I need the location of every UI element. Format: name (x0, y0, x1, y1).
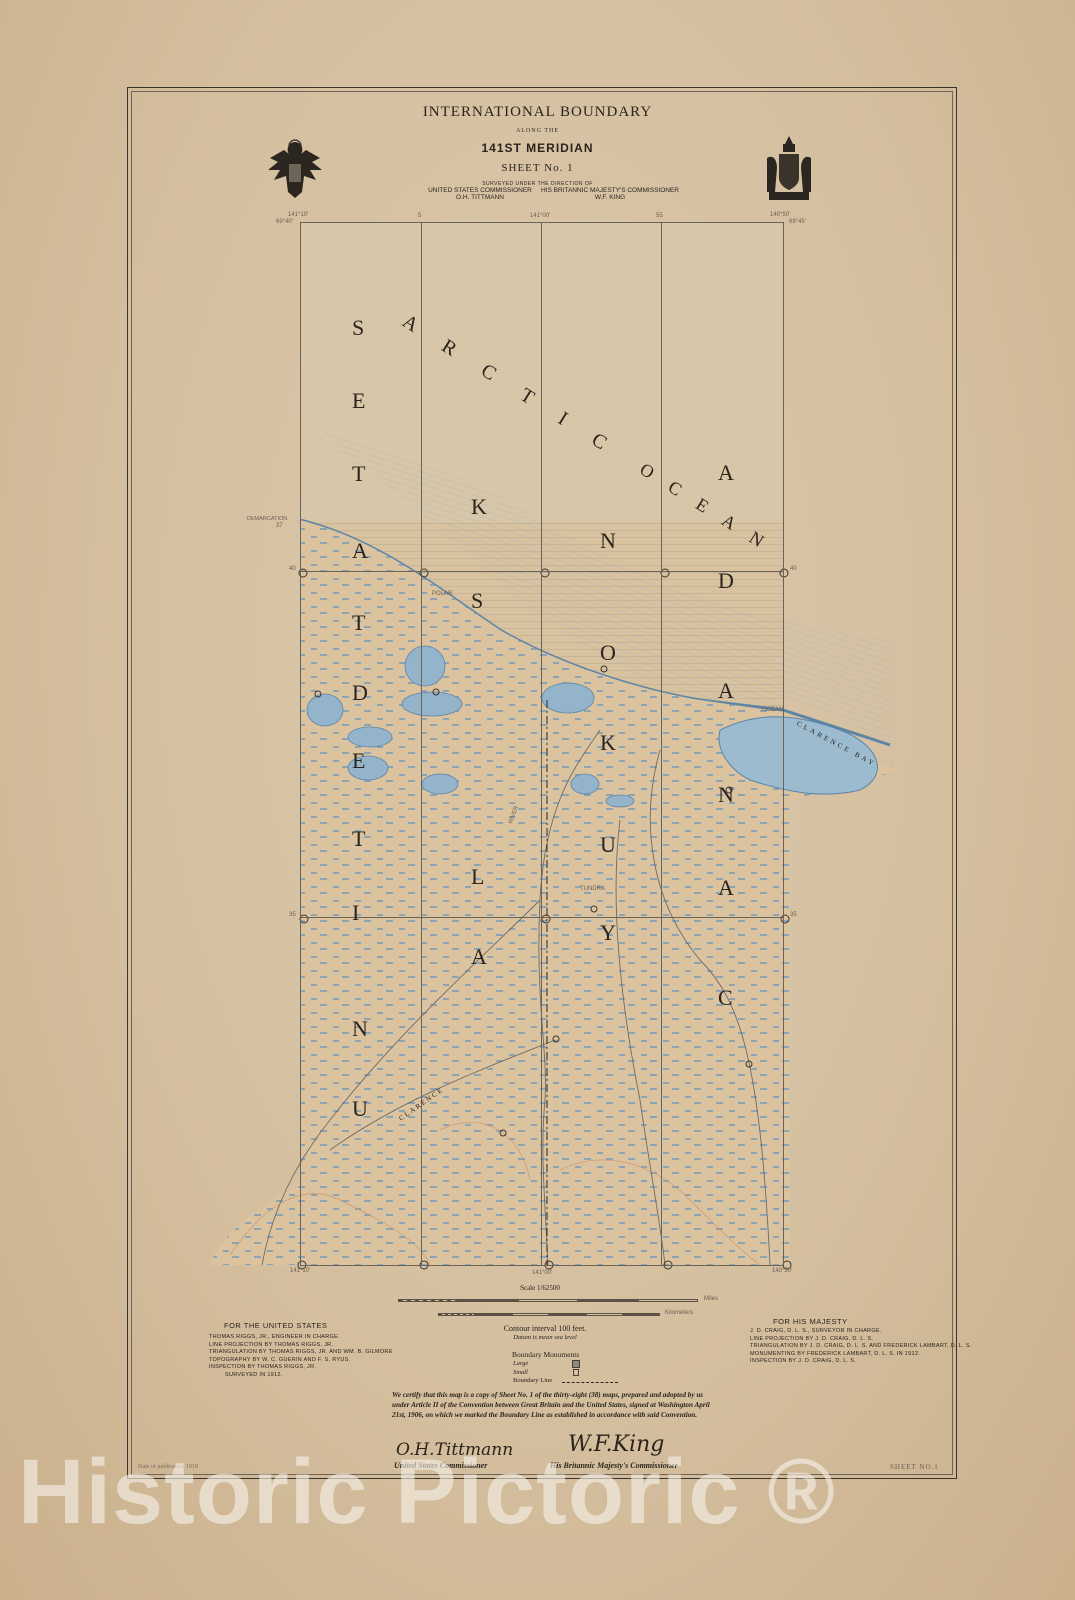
label-tundra: TUNDRA (580, 886, 605, 892)
scale-title: Scale 1/62500 (400, 1284, 680, 1292)
label-demarcation: DEMARCATION (247, 516, 287, 522)
tick-top-1: 141°10' (288, 212, 308, 218)
monument-large-icon (572, 1360, 580, 1368)
label-alaska-A: A (471, 944, 487, 970)
credits-uk-line: MONUMENTING BY FREDERICK LAMBART, D. L. … (750, 1351, 972, 1359)
label-yukon-O: O (600, 640, 616, 666)
label-united-states-S: S (352, 315, 364, 341)
legend-title: Boundary Monuments (512, 1350, 579, 1359)
credits-uk-line: J. D. CRAIG, D. L. S., SURVEYOR IN CHARG… (750, 1328, 972, 1336)
credits-us-line: THOMAS RIGGS, JR., ENGINEER IN CHARGE. (209, 1334, 393, 1342)
legend-boundary-line: Boundary Line (513, 1377, 552, 1384)
legend-large: Large (513, 1360, 528, 1367)
grid-line-top (300, 222, 783, 223)
label-united-states-N: N (352, 1016, 368, 1042)
watermark: Historic Pictoric ® (18, 1440, 1068, 1545)
credits-us-line: SURVEYED IN 1912. (209, 1372, 393, 1380)
tick-side-2: 35 (289, 912, 296, 918)
grid-line-v1 (300, 222, 301, 1265)
boundary-line-symbol (562, 1382, 618, 1383)
credits-uk-line: LINE PROJECTION BY J. D. CRAIG, D. L. S. (750, 1336, 972, 1344)
label-canada-C: C (718, 985, 733, 1011)
label-alaska-S: S (471, 588, 483, 614)
credits-us-line: TOPOGRAPHY BY W. C. GUERIN AND F. S. RYU… (209, 1357, 393, 1365)
label-yukon-U: U (600, 832, 616, 858)
credits-uk-list: J. D. CRAIG, D. L. S., SURVEYOR IN CHARG… (750, 1328, 972, 1366)
tick-corner-lat-right: 69°45' (789, 219, 806, 225)
label-united-states-D: D (352, 680, 368, 706)
label-united-states-T: T (352, 461, 365, 487)
grid-line-bottom (300, 1265, 783, 1266)
label-canada-A2: A (718, 678, 734, 704)
label-united-states-E: E (352, 388, 365, 414)
grid-line-v4 (661, 222, 662, 1265)
tick-corner-lat-left: 69°40' (276, 219, 293, 225)
datum-note: Datum is mean sea level (420, 1334, 670, 1341)
tick-side-1r: 40 (790, 566, 797, 572)
label-yukon-N: N (600, 528, 616, 554)
label-yukon-K: K (600, 730, 616, 756)
label-canada-A: A (718, 460, 734, 486)
label-united-states-E2: E (352, 748, 365, 774)
monument-small-icon (573, 1369, 579, 1376)
label-polar: POLAR (432, 591, 452, 597)
tick-bottom-2: 141°00' (532, 1270, 552, 1276)
tick-side-1: 40 (289, 566, 296, 572)
grid-line-h1 (300, 571, 783, 572)
tick-top-3: 141°00' (530, 213, 550, 219)
grid-line-v5 (783, 222, 784, 1265)
label-ocean-point: OCEAN (762, 707, 783, 713)
tick-top-5: 140°50' (770, 212, 790, 218)
label-united-states-T2: T (352, 826, 365, 852)
label-canada-D: D (718, 568, 734, 594)
tick-bottom-3: 140°50' (772, 1268, 792, 1274)
tick-top-4: 55 (656, 213, 663, 219)
contour-interval: Contour interval 100 feet. (420, 1324, 670, 1333)
credits-us-line: LINE PROJECTION BY THOMAS RIGGS, JR. (209, 1342, 393, 1350)
credits-us-heading: FOR THE UNITED STATES (224, 1321, 327, 1330)
label-canada-N: N (718, 782, 734, 808)
credits-us-line: INSPECTION BY THOMAS RIGGS, JR. (209, 1364, 393, 1372)
label-yukon-Y: Y (600, 920, 616, 946)
scale-km-label: Kilometers (665, 1310, 693, 1316)
certification-text: We certify that this map is a copy of Sh… (392, 1390, 718, 1420)
legend-small: Small (513, 1369, 528, 1376)
label-alaska-K: K (471, 494, 487, 520)
label-united-states-U: U (352, 1096, 368, 1122)
label-united-states-S2: T (352, 610, 365, 636)
label-alaska-L: L (471, 864, 484, 890)
credits-us-list: THOMAS RIGGS, JR., ENGINEER IN CHARGE. L… (209, 1334, 393, 1379)
credits-us-line: TRIANGULATION BY THOMAS RIGGS, JR. AND W… (209, 1349, 393, 1357)
credits-uk-line: INSPECTION BY J. D. CRAIG, D. L. S. (750, 1358, 972, 1366)
label-united-states-I: I (352, 900, 359, 926)
label-demarcation-num: 37 (276, 523, 283, 529)
credits-uk-heading: FOR HIS MAJESTY (773, 1317, 848, 1326)
tick-bottom-1: 141°10' (290, 1268, 310, 1274)
scale-miles-label: Miles (704, 1296, 718, 1302)
label-canada-A3: A (718, 875, 734, 901)
grid-line-h2 (300, 917, 783, 918)
label-united-states-A: A (352, 538, 368, 564)
tick-side-2r: 35 (790, 912, 797, 918)
tick-top-2: 5 (418, 213, 421, 219)
credits-uk-line: TRIANGULATION BY J. D. CRAIG, D. L. S. A… (750, 1343, 972, 1351)
grid-line-v3 (541, 222, 542, 1265)
